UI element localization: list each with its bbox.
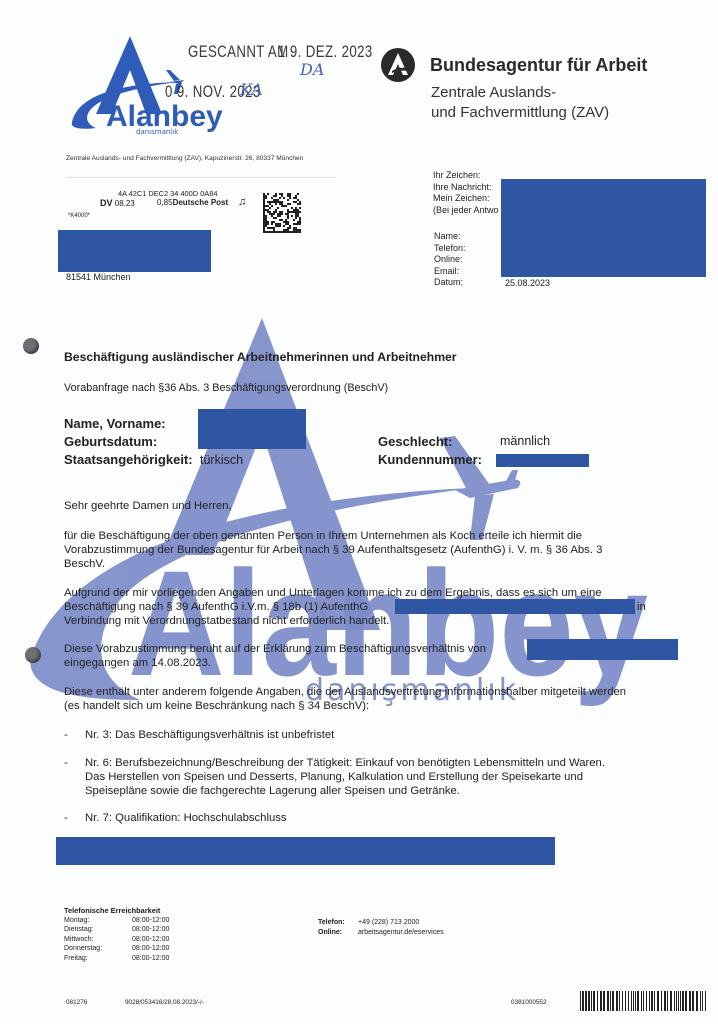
gender-value: männlich [500, 434, 550, 448]
online-label: Online: [318, 928, 358, 938]
customer-number-label: Kundennummer: [378, 452, 482, 467]
letter-date: 25.08.2023 [505, 278, 550, 290]
hours-time: 08:00-12:00 [132, 917, 169, 924]
punch-hole-top [23, 338, 39, 354]
name-dob-redaction [198, 409, 306, 449]
postage-dv-label: DV [100, 198, 113, 208]
scanned-stamp-date: 1 9. DEZ. 2023 [278, 42, 373, 62]
reference-label: Ihr Zeichen: [433, 170, 499, 182]
hours-row: Montag:08:00-12:00 [64, 916, 169, 926]
postage-code: 4A 42C1 DEC2 34 400D 0A84 [118, 189, 217, 198]
hours-row: Dienstag:08:00-12:00 [64, 925, 169, 935]
gender-label: Geschlecht: [378, 434, 452, 449]
hours-row: Mittwoch:08:00-12:00 [64, 935, 169, 945]
hours-day: Dienstag: [64, 925, 132, 935]
contact-labels: Name:Telefon:Online:Email:Datum: [434, 231, 466, 289]
hours-time: 08:00-12:00 [132, 926, 169, 933]
phone-hours: Telefonische Erreichbarkeit Montag:08:00… [64, 906, 169, 964]
postage-carrier: Deutsche Post [173, 198, 229, 207]
sender-divider [66, 177, 336, 178]
contact-label: Online: [434, 254, 466, 266]
post-horn-icon: ♫ [238, 196, 246, 208]
contact-label: Email: [434, 266, 466, 278]
nationality-value: türkisch [200, 453, 243, 467]
agency-dept-line1: Zentrale Auslands- [431, 84, 556, 101]
scanned-stamp-initials: DA [300, 60, 324, 79]
list-item-line: Das Herstellen von Speisen und Desserts,… [85, 770, 605, 784]
paragraph-4: Diese enthält unter anderem folgende Ang… [64, 685, 626, 713]
reference-labels: Ihr Zeichen:Ihre Nachricht:Mein Zeichen:… [433, 170, 499, 216]
agency-logo [380, 47, 416, 88]
contact-label: Datum: [434, 277, 466, 289]
list-item-line: Nr. 3: Das Beschäftigungsverhältnis ist … [85, 728, 334, 742]
postage-k-code: *K4000* [68, 213, 90, 219]
paragraph-1: für die Beschäftigung der oben genannten… [64, 529, 602, 572]
hours-row: Donnerstag:08:00-12:00 [64, 944, 169, 954]
scanned-stamp-label: GESCANNT AM [188, 42, 289, 62]
paragraph-1-line: Vorabzustimmung der Bundesagentur für Ar… [64, 543, 602, 557]
footer-code-right: 0381000552 [511, 998, 547, 1008]
hours-time: 08:00-12:00 [132, 945, 169, 952]
paragraph-2-line-2-end: in [637, 600, 646, 614]
reference-label: Ihre Nachricht: [433, 182, 499, 194]
letter-subject: Beschäftigung ausländischer Arbeitnehmer… [64, 350, 457, 364]
postage-amount: 0,85 [157, 198, 173, 207]
hours-day: Montag: [64, 916, 132, 926]
recipient-address-redaction [58, 230, 211, 272]
footer-code-middle: 9028/053416/28.08.2023/-/- [125, 998, 204, 1008]
scanned-stamp-secondary-initials: KA [240, 80, 263, 99]
hours-day: Freitag: [64, 954, 132, 964]
bullet-dash: - [64, 756, 68, 770]
customer-number-redaction [496, 454, 589, 467]
list-item-line: Nr. 7: Qualifikation: Hochschulabschluss [85, 811, 287, 825]
hours-row: Freitag:08:00-12:00 [64, 954, 169, 964]
punch-hole-bottom [25, 647, 41, 663]
agency-dept-line2: und Fachvermittlung (ZAV) [431, 104, 609, 121]
paragraph-3-line-1: Diese Vorabzustimmung beruht auf der Erk… [64, 642, 486, 656]
postage-price: 0,85Deutsche Post [157, 198, 228, 207]
reference-label: Mein Zeichen: [433, 193, 499, 205]
datamatrix-code [263, 193, 301, 233]
hours-time: 08:00-12:00 [132, 936, 169, 943]
phone-hours-title: Telefonische Erreichbarkeit [64, 906, 169, 916]
recipient-city: 81541 München [66, 272, 131, 282]
agency-name: Bundesagentur für Arbeit [430, 55, 647, 76]
phone-label: Telefon: [318, 918, 358, 928]
paragraph-1-line: für die Beschäftigung der oben genannten… [64, 529, 602, 543]
contact-label: Telefon: [434, 243, 466, 255]
nationality-label: Staatsangehörigkeit: [64, 452, 193, 467]
postage-dv: DV 08.23 [100, 198, 135, 208]
letter-subtitle: Vorabanfrage nach §36 Abs. 3 Beschäftigu… [64, 382, 388, 394]
paragraph-4-line-1: Diese enthält unter anderem folgende Ang… [64, 685, 626, 699]
list-item-line: Speisepläne sowie die fachgerechte Lager… [85, 784, 605, 798]
online-link[interactable]: arbeitsagentur.de/eservices [358, 929, 444, 936]
paragraph-3-line-2: eingegangen am 14.08.2023. [64, 656, 486, 670]
paragraph-2-line-3: Verbindung mit Verordnungstatbestand nic… [64, 614, 602, 628]
paragraph-3-redaction [527, 639, 678, 660]
sender-address-line: Zentrale Auslands- und Fachvermittlung (… [66, 155, 303, 162]
svg-text:danışmanlık: danışmanlık [136, 128, 179, 134]
reference-redaction [501, 179, 706, 277]
agency-emblem-icon [380, 47, 416, 83]
paragraph-1-line: BeschV. [64, 557, 602, 571]
paragraph-2-redaction [395, 599, 635, 614]
bullet-dash: - [64, 728, 68, 742]
paragraph-3: Diese Vorabzustimmung beruht auf der Erk… [64, 642, 486, 670]
hours-day: Donnerstag: [64, 944, 132, 954]
barcode [580, 991, 710, 1011]
dob-label: Geburtsdatum: [64, 434, 157, 449]
postage-dv-date: 08.23 [115, 199, 135, 208]
hours-day: Mittwoch: [64, 935, 132, 945]
paragraph-4-line-2: (es handelt sich um keine Beschränkung n… [64, 699, 626, 713]
contact-info: Telefon:+49 (228) 713 2000 Online:arbeit… [318, 918, 444, 937]
bullet-dash: - [64, 811, 68, 825]
phone-value: +49 (228) 713 2000 [358, 919, 419, 926]
contact-label: Name: [434, 231, 466, 243]
list-item-line: Nr. 6: Berufsbezeichnung/Beschreibung de… [85, 756, 605, 770]
closing-redaction [56, 837, 555, 865]
reference-label: (Bei jeder Antwo [433, 205, 499, 217]
salutation: Sehr geehrte Damen und Herren, [64, 499, 232, 513]
hours-time: 08:00-12:00 [132, 955, 169, 962]
name-label: Name, Vorname: [64, 416, 166, 431]
footer-code-left: 081276 [66, 998, 87, 1008]
